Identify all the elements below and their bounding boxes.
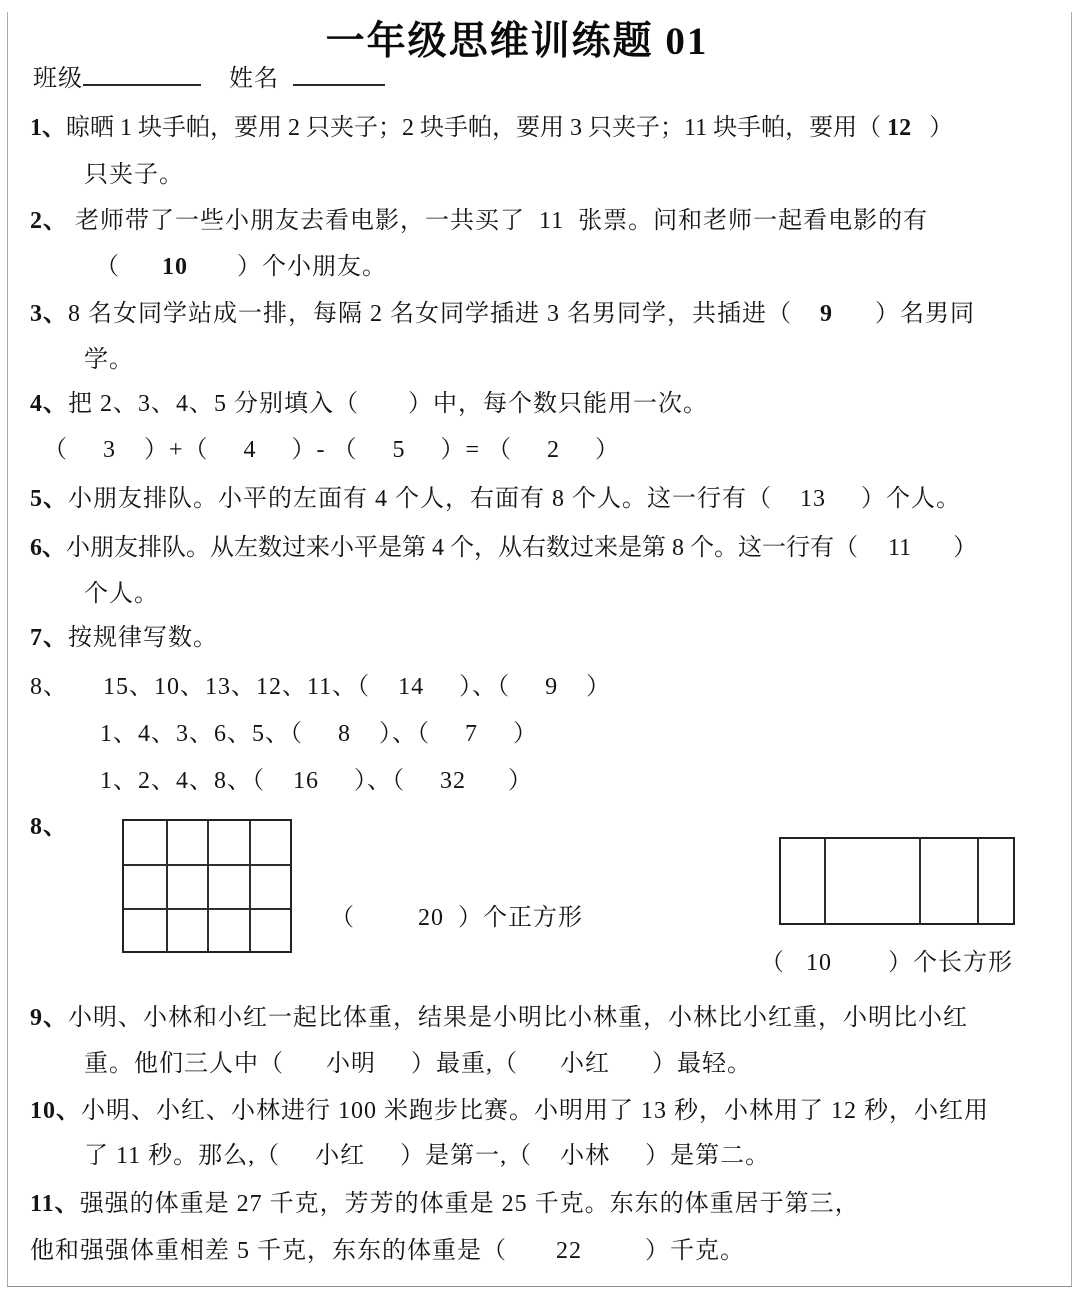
question-number: 2、	[30, 208, 68, 234]
question-3-line-2: 学。	[84, 344, 134, 376]
name-label: 姓名	[229, 66, 279, 92]
question-number: 1、	[30, 115, 66, 141]
grid-line-horizontal	[124, 908, 290, 910]
question-8-number: 8、	[30, 811, 68, 843]
rect-divider-line	[977, 839, 979, 923]
question-number: 5、	[30, 486, 68, 512]
question-1-line-2: 只夹子。	[84, 159, 184, 191]
grid-line-vertical	[166, 821, 168, 951]
header-fields: 班级姓名	[33, 62, 385, 95]
question-number: 3、	[30, 301, 68, 327]
grid-line-horizontal	[124, 864, 290, 866]
rectangles-figure	[779, 837, 1015, 925]
rect-divider-line	[824, 839, 826, 923]
question-2-line-1: 2、 老师带了一些小朋友去看电影，一共买了 11 张票。问和老师一起看电影的有	[30, 205, 928, 237]
question-number: 7、	[30, 625, 68, 651]
question-7-line-1: 7、按规律写数。	[30, 622, 218, 654]
sequence-line-1: 8、 15、10、13、12、11、（ 14 ）、（ 9 ）	[30, 671, 611, 703]
class-label: 班级	[33, 66, 83, 92]
answer-value: 9	[820, 301, 833, 327]
grid-line-vertical	[207, 821, 209, 951]
squares-answer-label: （ 20 ）个正方形	[330, 902, 583, 934]
grid-line-vertical	[249, 821, 251, 951]
page-title: 一年级思维训练题 01	[0, 10, 1034, 66]
answer-value: 12	[887, 115, 911, 141]
question-6-line-2: 个人。	[84, 578, 159, 610]
question-2-line-2: （ 10 ）个小朋友。	[95, 251, 387, 283]
question-4-line-1: 4、把 2、3、4、5 分别填入（ ）中，每个数只能用一次。	[30, 388, 708, 420]
question-number: 9、	[30, 1005, 68, 1031]
question-number: 8、	[30, 814, 68, 840]
question-10-line-2: 了 11 秒。那么,（ 小红 ）是第一,（ 小林 ）是第二。	[84, 1140, 770, 1172]
question-1-line-1: 1、晾晒 1 块手帕，要用 2 只夹子；2 块手帕，要用 3 只夹子；11 块手…	[30, 112, 953, 144]
question-6-line-1: 6、小朋友排队。从左数过来小平是第 4 个，从右数过来是第 8 个。这一行有（ …	[30, 532, 977, 564]
question-9-line-1: 9、小明、小林和小红一起比体重，结果是小明比小林重，小林比小红重，小明比小红	[30, 1002, 968, 1034]
rectangles-answer-label: （ 10 ）个长方形	[760, 947, 1013, 979]
squares-grid-figure	[122, 819, 292, 953]
answer-value: 10	[162, 254, 188, 280]
question-5-line-1: 5、小朋友排队。小平的左面有 4 个人，右面有 8 个人。这一行有（ 13 ）个…	[30, 483, 961, 515]
sequence-line-3: 1、2、4、8、（ 16 ）、（ 32 ）	[100, 765, 533, 797]
name-blank-line	[293, 62, 385, 86]
question-9-line-2: 重。他们三人中（ 小明 ）最重,（ 小红 ）最轻。	[84, 1048, 752, 1080]
question-number: 8、	[30, 674, 68, 700]
question-number: 4、	[30, 391, 68, 417]
class-blank-line	[83, 62, 201, 86]
sequence-line-2: 1、4、3、6、5、（ 8 ）、（ 7 ）	[100, 718, 538, 750]
question-number: 6、	[30, 535, 66, 561]
question-4-equation: （ 3 ）+（ 4 ）- （ 5 ）= （ 2 ）	[43, 434, 620, 466]
question-number: 11、	[30, 1191, 80, 1217]
question-11-line-1: 11、强强的体重是 27 千克，芳芳的体重是 25 千克。东东的体重居于第三，	[30, 1188, 860, 1220]
question-number: 10、	[30, 1098, 81, 1124]
question-10-line-1: 10、小明、小红、小林进行 100 米跑步比赛。小明用了 13 秒，小林用了 1…	[30, 1095, 989, 1127]
rect-divider-line	[919, 839, 921, 923]
worksheet-page: 一年级思维训练题 01 班级姓名 1、晾晒 1 块手帕，要用 2 只夹子；2 块…	[0, 0, 1074, 1294]
question-11-line-2: 他和强强体重相差 5 千克，东东的体重是（ 22 ）千克。	[30, 1235, 745, 1267]
question-3-line-1: 3、8 名女同学站成一排，每隔 2 名女同学插进 3 名男同学，共插进（ 9 ）…	[30, 298, 975, 330]
